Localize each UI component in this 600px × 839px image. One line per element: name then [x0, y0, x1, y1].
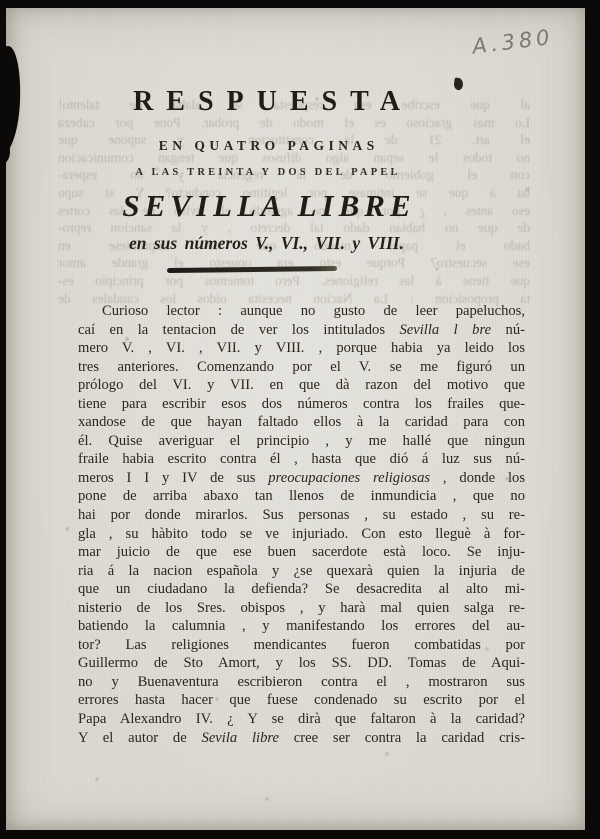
- reference-line: A LAS TREINTA Y DOS DEL PAPEL: [34, 167, 499, 178]
- body-line: mar juicio de que ese buen sacerdote est…: [78, 543, 525, 562]
- body-line: hai por donde mirarlos. Sus personas , s…: [78, 506, 525, 525]
- body-line: tor? Las religiones mendicantes fueron c…: [78, 636, 525, 655]
- body-line: gla , su hàbito todo se ve injuriado. Co…: [78, 525, 525, 544]
- body-line: Y el autor de Sevila libre cree ser cont…: [78, 729, 525, 748]
- ink-smudge: [167, 266, 337, 273]
- body-line: fraile habia escrito contra él , hasta q…: [78, 450, 525, 469]
- document-title: RESPUESTA: [34, 86, 499, 118]
- publication-title: SEVILLA LIBRE: [34, 188, 499, 224]
- bleedthrough-line: que tiene à las religiones. Pero tomemos…: [58, 272, 530, 290]
- body-line: prólogo del VI. y VII. en que dà razon d…: [78, 376, 525, 395]
- edition-line: EN QUATRO PAGINAS: [34, 138, 499, 154]
- body-line: que un ciudadano la defienda? Se desacre…: [78, 580, 525, 599]
- body-line: Papa Alexandro IV. ¿ Y se dirà que falta…: [78, 710, 525, 729]
- body-text: Curioso lector : aunque no gusto de leer…: [78, 302, 525, 747]
- body-line: no y Buenaventura escribieron contra el …: [78, 673, 525, 692]
- archival-number: A.380: [471, 21, 583, 58]
- body-line: mero V. , VI. , VII. y VIII. , porque ha…: [78, 339, 525, 358]
- body-line: pone de arriba abaxo tan llenos de inmun…: [78, 487, 525, 506]
- body-line: meros I I y IV de sus preocupaciones rel…: [78, 469, 525, 488]
- body-line: caí en la tentacion de ver los intitulad…: [78, 321, 525, 340]
- body-line: Curioso lector : aunque no gusto de leer…: [78, 302, 525, 321]
- body-line: batiendo la calumnia , y manifestando lo…: [78, 617, 525, 636]
- body-line: errores hasta hacer que fuese condenado …: [78, 691, 525, 710]
- body-line: xandose de que hayan faltado ellos à la …: [78, 413, 525, 432]
- paper-foxing-specks: [6, 8, 8, 10]
- body-line: él. Quise averiguar el principio , y me …: [78, 432, 525, 451]
- body-line: tres anteriores. Comenzando por el V. se…: [78, 358, 525, 377]
- body-line: ria á la nacion española y ¿se quexarà q…: [78, 562, 525, 581]
- document-page: al que escribe esa respuesta se alaba de…: [6, 8, 585, 830]
- body-line: tiene para escribir esos dos números con…: [78, 395, 525, 414]
- body-line: nisterio de los Sres. obispos , y harà m…: [78, 599, 525, 618]
- scanned-document: al que escribe esa respuesta se alaba de…: [0, 0, 600, 839]
- body-line: Guillermo de Sto Amort, y los SS. DD. To…: [78, 654, 525, 673]
- issues-line: en sus números V., VI., VII. y VIII.: [34, 233, 499, 254]
